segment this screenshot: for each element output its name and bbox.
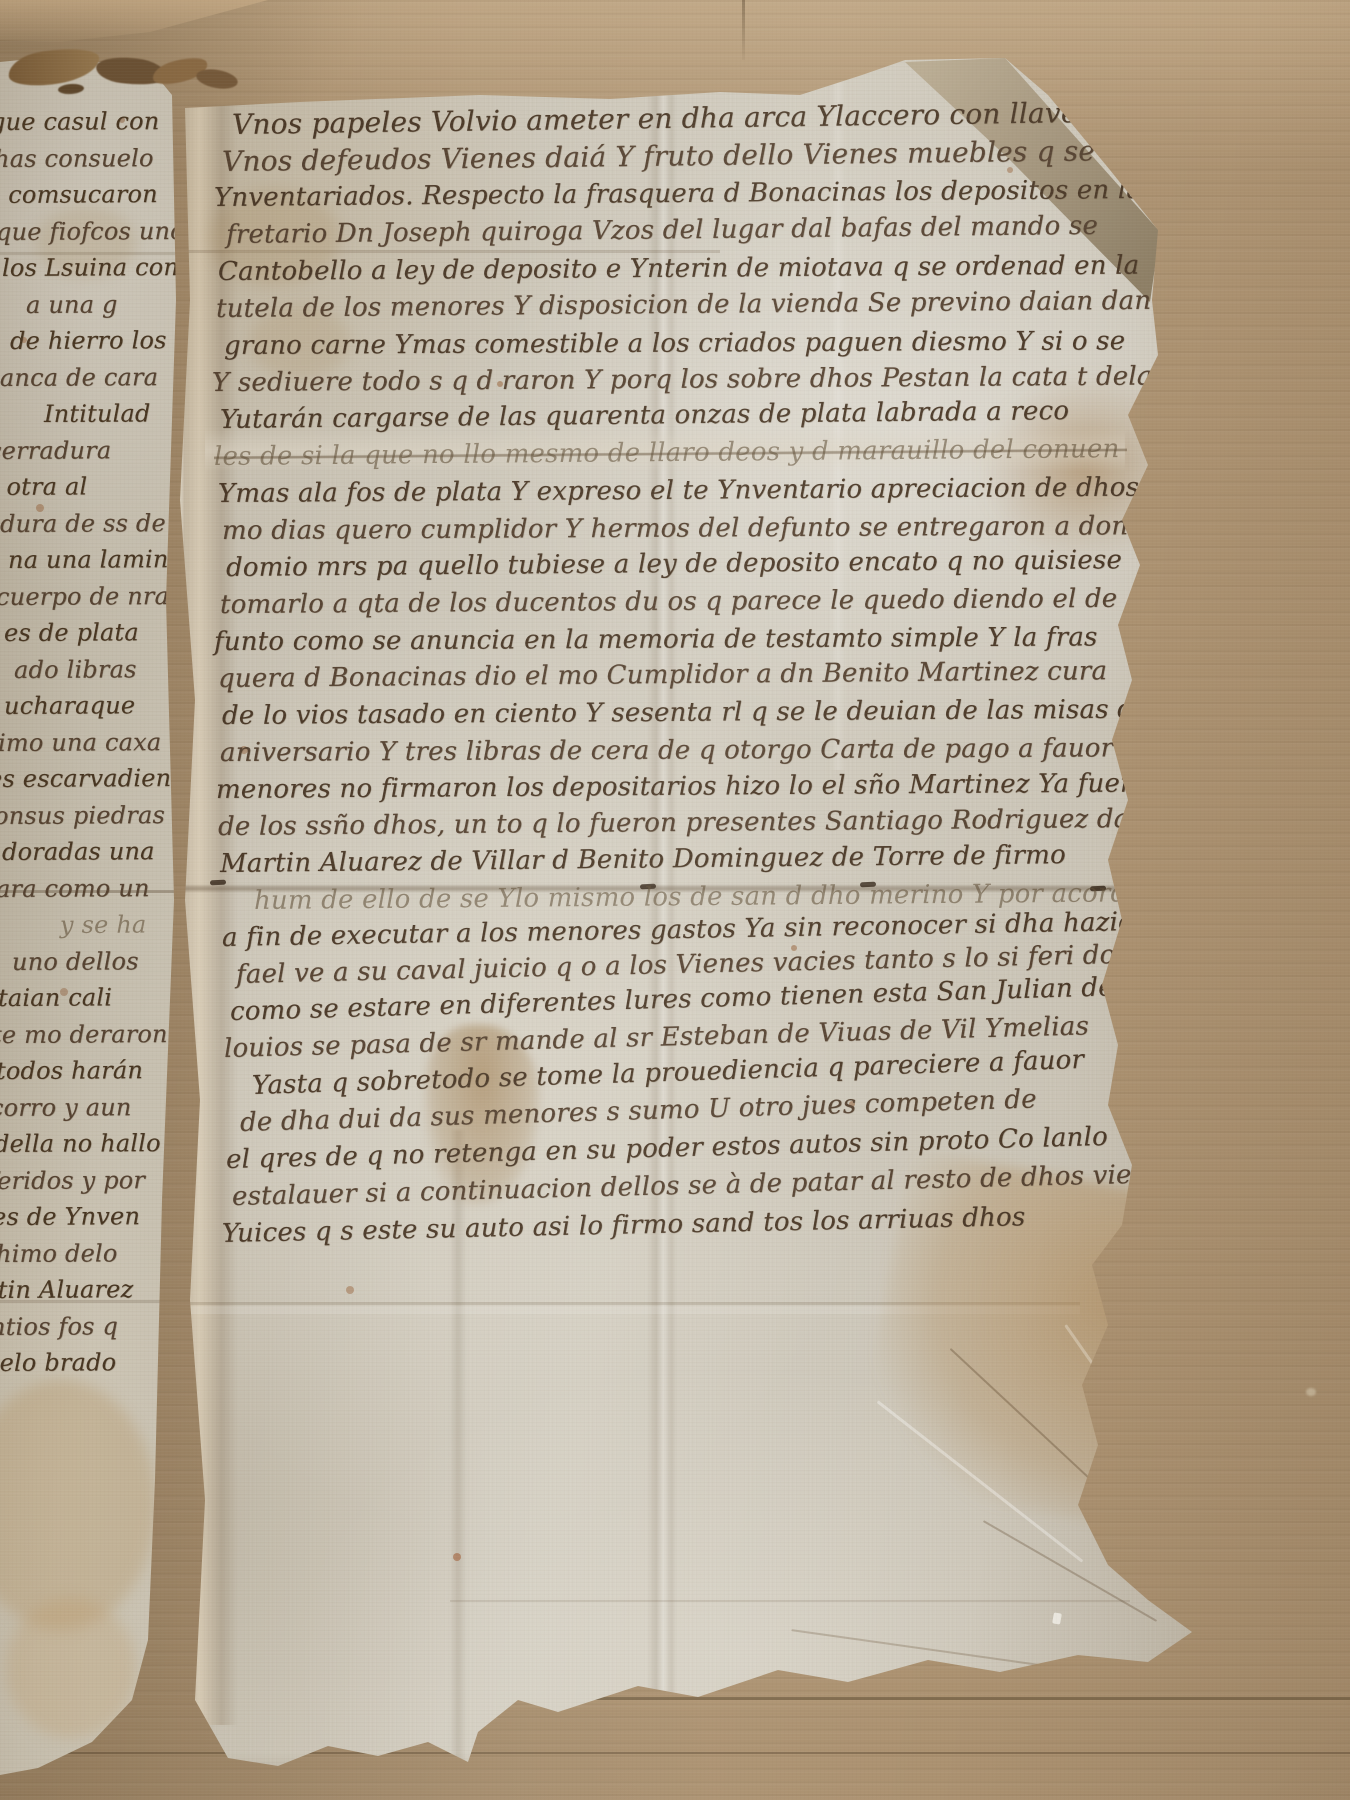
manuscript-line: ntios fos q (0, 1308, 118, 1345)
manuscript-line: gue casul con (0, 104, 160, 140)
manuscript-line: na una lamina (8, 541, 183, 578)
manuscript-line: cerradura (0, 432, 111, 469)
manuscript-line: Ymas ala fos de plata Y expreso el te Yn… (218, 470, 1139, 513)
manuscript-line: quera d Bonacinas dio el mo Cumplidor a … (218, 653, 1107, 698)
cardboard-seam-horizontal (0, 1752, 1350, 1754)
manuscript-line: fretario Dn Joseph quiroga Vzos del luga… (226, 208, 1098, 254)
cardboard-seam-vertical (742, 0, 745, 60)
manuscript-line: Intitulad (44, 395, 151, 432)
manuscript-line: cuerpo de nra (0, 578, 169, 615)
manuscript-line: tomarlo a qta de los ducentos du os q pa… (220, 581, 1118, 624)
manuscript-line: uno dellos (12, 943, 139, 980)
manuscript-line: a una g (26, 286, 118, 323)
manuscript-line: y se ha (60, 907, 147, 944)
photo-scene: gue casul conhas consueloe comsucaronque… (0, 0, 1350, 1800)
manuscript-line: imo una caxa (0, 724, 161, 761)
manuscript-line: dura de ss de (0, 505, 166, 542)
manuscript-line: te mo deraron (0, 1016, 168, 1053)
manuscript-line: corro y aun (0, 1089, 132, 1126)
manuscript-line: todos harán (0, 1052, 143, 1089)
manuscript-line: feridos y por (0, 1162, 145, 1199)
manuscript-line: que fiofcos uno (0, 213, 185, 250)
main-page-text: Vnos papeles Volvio ameter en dha arca Y… (218, 106, 1198, 1253)
paper-fleck (1052, 1612, 1062, 1624)
fold-crease (450, 1600, 1130, 1602)
manuscript-line: domio mrs pa quello tubiese a ley de dep… (226, 542, 1122, 587)
manuscript-line: taian cali (0, 979, 112, 1016)
manuscript-line: has consuelo (0, 140, 154, 177)
manuscript-line: es de Ynven (0, 1198, 140, 1235)
manuscript-line: delo brado (0, 1344, 116, 1381)
manuscript-line: de lo vios tasado en ciento Y sesenta rl… (222, 692, 1150, 735)
manuscript-line: della no hallo (0, 1125, 161, 1162)
cardboard-fleck (1306, 1388, 1316, 1396)
manuscript-line: lanca de cara (0, 359, 158, 396)
manuscript-line: ucharaque (4, 687, 135, 724)
manuscript-line: ado libras (14, 651, 137, 688)
manuscript-line: es de plata (4, 614, 139, 651)
manuscript-line: tutela de los menores Y disposicion de l… (216, 282, 1192, 328)
manuscript-line: de hierro los (10, 322, 167, 359)
manuscript-line: himo delo (0, 1235, 118, 1272)
manuscript-line: ara como un (0, 870, 150, 907)
manuscript-line: e comsucaron (0, 176, 158, 213)
manuscript-line: doradas una (2, 833, 155, 870)
manuscript-line: onsus piedras (0, 797, 165, 834)
cardboard-flap-top-left (0, 0, 270, 48)
manuscript-line: rtin Aluarez (0, 1271, 133, 1308)
manuscript-line: es escarvadientes (0, 760, 198, 798)
manuscript-line: o otra al (0, 468, 87, 505)
manuscript-line: los Lsuina con (2, 249, 179, 286)
main-page: Vnos papeles Volvio ameter en dha arca Y… (150, 50, 1215, 1795)
manuscript-line: les de si la que no llo mesmo de llaro d… (214, 431, 1128, 476)
